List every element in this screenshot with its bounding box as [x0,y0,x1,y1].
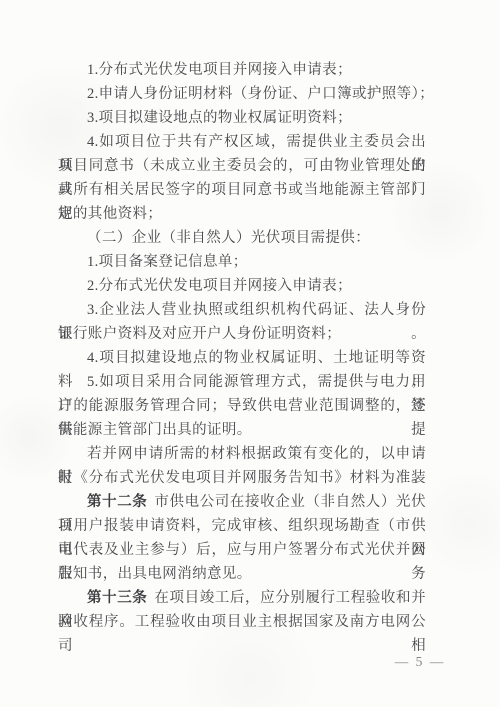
doc-line: 2.申请人身份证明材料（身份证、户口簿或护照等）； [58,82,426,106]
doc-line-article-12: 第十二条市供电公司在接收企业（非自然人）光伏项 [58,490,426,514]
doc-line: 时《分布式光伏发电项目并网服务告知书》材料为准。 [58,466,426,490]
doc-line: 4.项目拟建设地点的物业权属证明、土地证明等资料； [58,346,426,370]
doc-line: 项目同意书（未成立业主委员会的，可由物业管理处出具） [58,154,426,178]
article-number: 第十三条 [87,590,147,606]
doc-line: 3.项目拟建设地点的物业权属证明资料； [58,106,426,130]
doc-line: 定的其他资料； [58,202,426,226]
doc-line: 司代表及业主参与）后，应与用户签署分布式光伏并网服务 [58,538,426,562]
doc-line: 3.企业法人营业执照或组织机构代码证、法人身份证。 [58,298,426,322]
doc-line-article-13: 第十三条在项目竣工后，应分别履行工程验收和并网 [58,586,426,610]
doc-line: 验收程序。工程验收由项目业主根据国家及南方电网公司相 [58,610,426,634]
document-text-block: 1.分布式光伏发电项目并网接入申请表； 2.申请人身份证明材料（身份证、户口簿或… [58,58,426,634]
doc-line: 或所有相关居民签字的项目同意书或当地能源主管部门规 [58,178,426,202]
doc-line: 若并网申请所需的材料根据政策有变化的，以申请报装 [58,442,426,466]
doc-line: 2.分布式光伏发电项目并网接入申请表； [58,274,426,298]
doc-line: 1.项目备案登记信息单； [58,250,426,274]
doc-line: 5.如项目采用合同能源管理方式，需提供与电力用户签 [58,370,426,394]
page-number: — 5 — [385,652,455,672]
scanned-document-page: 1.分布式光伏发电项目并网接入申请表； 2.申请人身份证明材料（身份证、户口簿或… [0,0,500,707]
doc-line: 目用户报装申请资料，完成审核、组织现场勘查（市供电公 [58,514,426,538]
doc-line: 4.如项目位于共有产权区域，需提供业主委员会出具的 [58,130,426,154]
article-number: 第十二条 [87,494,147,510]
doc-line: 1.分布式光伏发电项目并网接入申请表； [58,58,426,82]
doc-line: （二）企业（非自然人）光伏项目需提供： [58,226,426,250]
doc-line: 订的能源服务管理合同；导致供电营业范围调整的，还需提 [58,394,426,418]
